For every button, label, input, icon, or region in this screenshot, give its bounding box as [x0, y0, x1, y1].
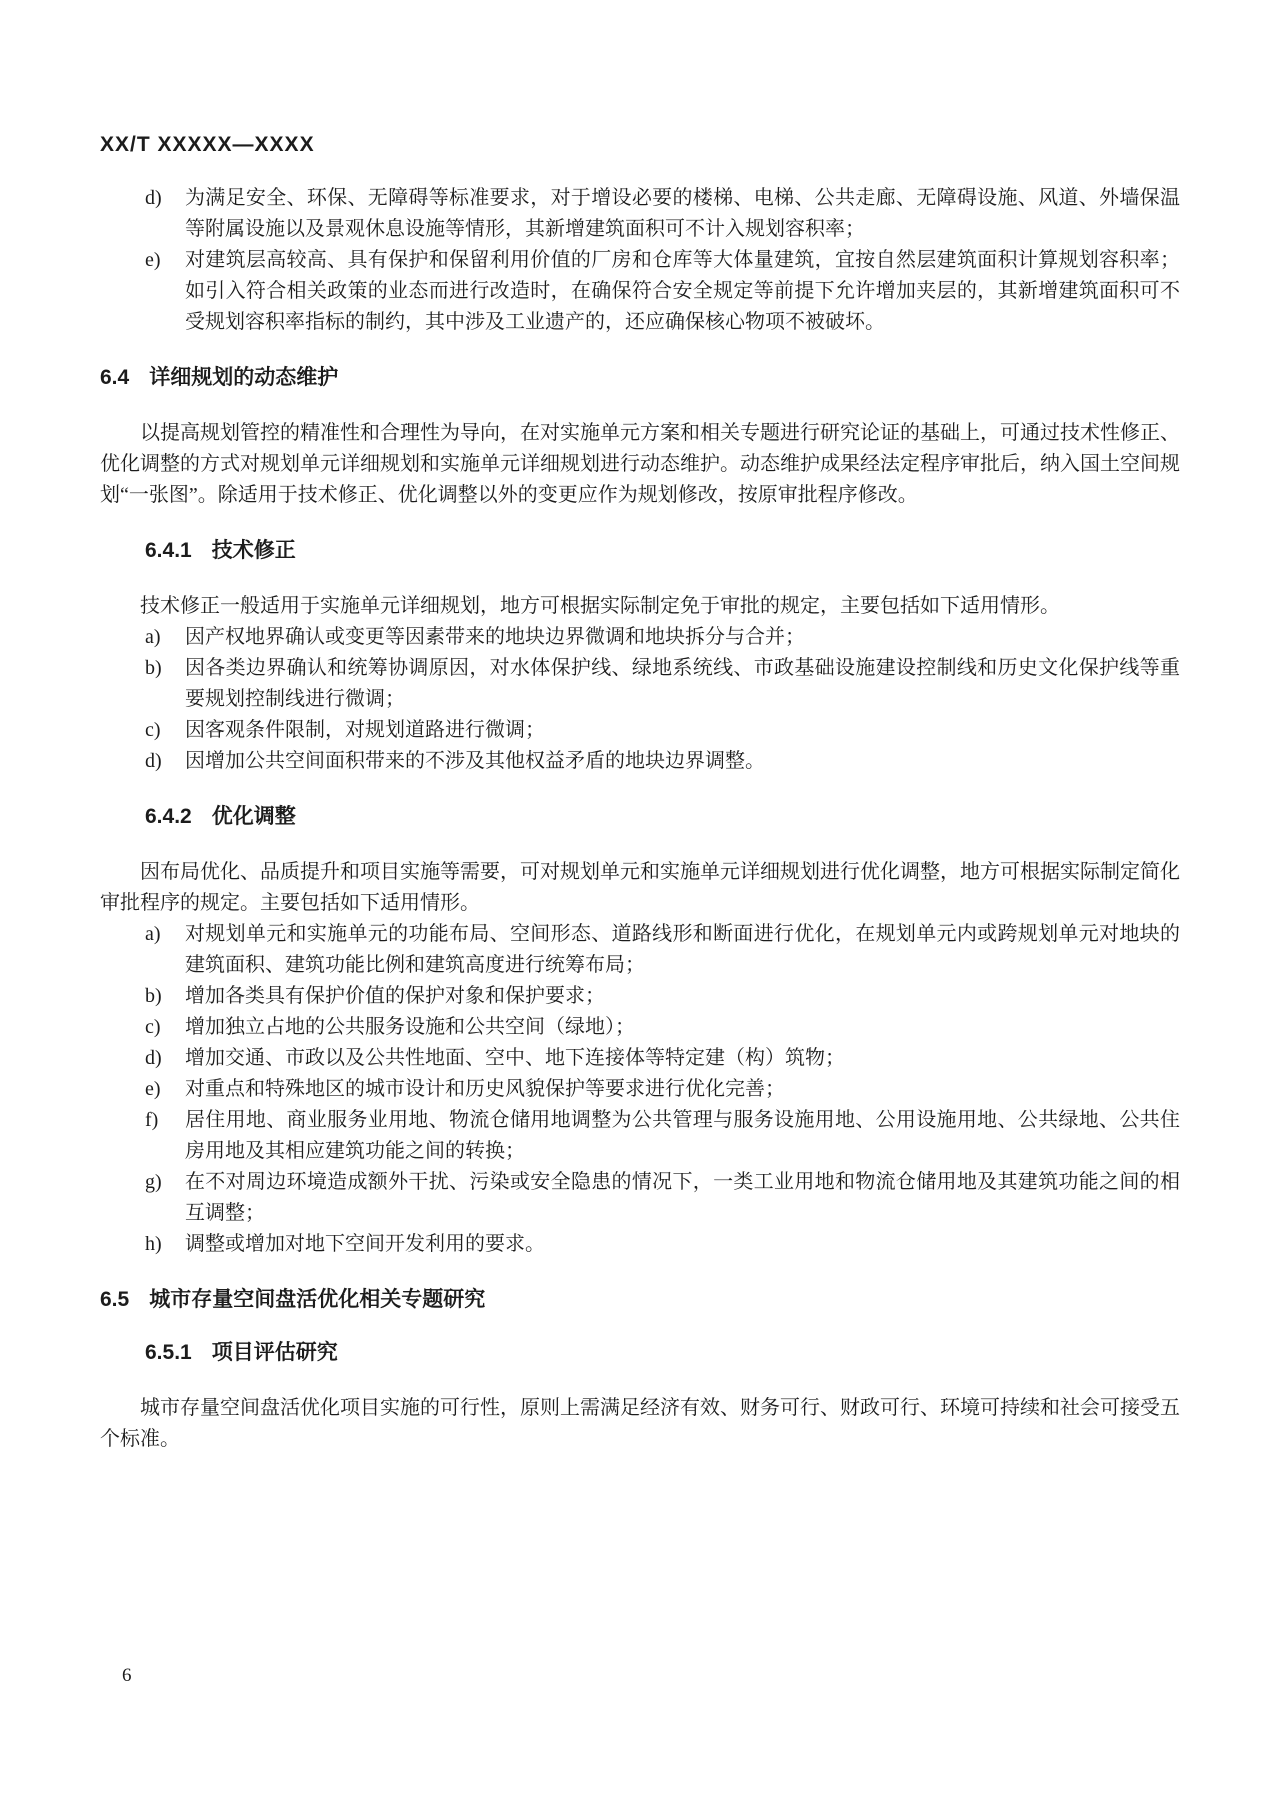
list-item-marker: b) — [145, 981, 185, 1012]
paragraph: 技术修正一般适用于实施单元详细规划，地方可根据实际制定免于审批的规定，主要包括如… — [100, 591, 1180, 622]
section-title: 技术修正 — [212, 538, 296, 564]
list-item-text: 增加交通、市政以及公共性地面、空中、地下连接体等特定建（构）筑物； — [185, 1043, 1180, 1074]
paragraph: 城市存量空间盘活优化项目实施的可行性，原则上需满足经济有效、财务可行、财政可行、… — [100, 1393, 1180, 1455]
list-item: d) 增加交通、市政以及公共性地面、空中、地下连接体等特定建（构）筑物； — [145, 1043, 1180, 1074]
list-item-text: 对建筑层高较高、具有保护和保留利用价值的厂房和仓库等大体量建筑，宜按自然层建筑面… — [185, 245, 1180, 338]
list-item-text: 因客观条件限制，对规划道路进行微调； — [185, 715, 1180, 746]
carryover-list: d) 为满足安全、环保、无障碍等标准要求，对于增设必要的楼梯、电梯、公共走廊、无… — [100, 183, 1180, 338]
list-item-text: 对规划单元和实施单元的功能布局、空间形态、道路线形和断面进行优化，在规划单元内或… — [185, 919, 1180, 981]
list-item-marker: d) — [145, 183, 185, 245]
page-number: 6 — [122, 1660, 132, 1691]
list-item-text: 因增加公共空间面积带来的不涉及其他权益矛盾的地块边界调整。 — [185, 746, 1180, 777]
section-heading-6-5: 6.5 城市存量空间盘活优化相关专题研究 — [100, 1287, 1180, 1313]
list-item-marker: d) — [145, 1043, 185, 1074]
list-item-marker: a) — [145, 919, 185, 981]
section-title: 城市存量空间盘活优化相关专题研究 — [149, 1287, 485, 1313]
standard-number-header: XX/T XXXXX—XXXX — [100, 133, 1180, 157]
list-item: g) 在不对周边环境造成额外干扰、污染或安全隐患的情况下，一类工业用地和物流仓储… — [145, 1167, 1180, 1229]
list-item: d) 因增加公共空间面积带来的不涉及其他权益矛盾的地块边界调整。 — [145, 746, 1180, 777]
list-item-text: 对重点和特殊地区的城市设计和历史风貌保护等要求进行优化完善； — [185, 1074, 1180, 1105]
list-item-marker: e) — [145, 1074, 185, 1105]
list-item-text: 为满足安全、环保、无障碍等标准要求，对于增设必要的楼梯、电梯、公共走廊、无障碍设… — [185, 183, 1180, 245]
section-title: 项目评估研究 — [212, 1340, 338, 1366]
list-item-marker: d) — [145, 746, 185, 777]
list-item-marker: a) — [145, 622, 185, 653]
list-item-text: 在不对周边环境造成额外干扰、污染或安全隐患的情况下，一类工业用地和物流仓储用地及… — [185, 1167, 1180, 1229]
list-item: c) 因客观条件限制，对规划道路进行微调； — [145, 715, 1180, 746]
list-item: h) 调整或增加对地下空间开发利用的要求。 — [145, 1229, 1180, 1260]
list-item-text: 因各类边界确认和统筹协调原因，对水体保护线、绿地系统线、市政基础设施建设控制线和… — [185, 653, 1180, 715]
technical-correction-list: a) 因产权地界确认或变更等因素带来的地块边界微调和地块拆分与合并； b) 因各… — [100, 622, 1180, 777]
list-item: d) 为满足安全、环保、无障碍等标准要求，对于增设必要的楼梯、电梯、公共走廊、无… — [145, 183, 1180, 245]
list-item: e) 对重点和特殊地区的城市设计和历史风貌保护等要求进行优化完善； — [145, 1074, 1180, 1105]
section-number: 6.4.2 — [145, 804, 192, 830]
list-item-marker: c) — [145, 1012, 185, 1043]
list-item-marker: g) — [145, 1167, 185, 1229]
list-item-marker: f) — [145, 1105, 185, 1167]
list-item: f) 居住用地、商业服务业用地、物流仓储用地调整为公共管理与服务设施用地、公用设… — [145, 1105, 1180, 1167]
list-item-marker: c) — [145, 715, 185, 746]
list-item: a) 因产权地界确认或变更等因素带来的地块边界微调和地块拆分与合并； — [145, 622, 1180, 653]
list-item-marker: e) — [145, 245, 185, 338]
list-item: e) 对建筑层高较高、具有保护和保留利用价值的厂房和仓库等大体量建筑，宜按自然层… — [145, 245, 1180, 338]
list-item-text: 增加独立占地的公共服务设施和公共空间（绿地）； — [185, 1012, 1180, 1043]
section-title: 详细规划的动态维护 — [149, 365, 338, 391]
section-number: 6.5.1 — [145, 1340, 192, 1366]
paragraph: 以提高规划管控的精准性和合理性为导向，在对实施单元方案和相关专题进行研究论证的基… — [100, 418, 1180, 511]
list-item-marker: h) — [145, 1229, 185, 1260]
list-item-text: 居住用地、商业服务业用地、物流仓储用地调整为公共管理与服务设施用地、公用设施用地… — [185, 1105, 1180, 1167]
optimization-adjustment-list: a) 对规划单元和实施单元的功能布局、空间形态、道路线形和断面进行优化，在规划单… — [100, 919, 1180, 1260]
list-item: b) 增加各类具有保护价值的保护对象和保护要求； — [145, 981, 1180, 1012]
section-heading-6-4: 6.4 详细规划的动态维护 — [100, 365, 1180, 391]
document-page: XX/T XXXXX—XXXX d) 为满足安全、环保、无障碍等标准要求，对于增… — [0, 0, 1280, 1809]
paragraph: 因布局优化、品质提升和项目实施等需要，可对规划单元和实施单元详细规划进行优化调整… — [100, 857, 1180, 919]
section-number: 6.5 — [100, 1287, 129, 1313]
page-content: XX/T XXXXX—XXXX d) 为满足安全、环保、无障碍等标准要求，对于增… — [0, 0, 1280, 1455]
list-item: c) 增加独立占地的公共服务设施和公共空间（绿地）； — [145, 1012, 1180, 1043]
list-item-text: 增加各类具有保护价值的保护对象和保护要求； — [185, 981, 1180, 1012]
section-heading-6-5-1: 6.5.1 项目评估研究 — [145, 1340, 1180, 1366]
section-number: 6.4.1 — [145, 538, 192, 564]
list-item-text: 因产权地界确认或变更等因素带来的地块边界微调和地块拆分与合并； — [185, 622, 1180, 653]
list-item: b) 因各类边界确认和统筹协调原因，对水体保护线、绿地系统线、市政基础设施建设控… — [145, 653, 1180, 715]
section-heading-6-4-1: 6.4.1 技术修正 — [145, 538, 1180, 564]
section-number: 6.4 — [100, 365, 129, 391]
list-item-marker: b) — [145, 653, 185, 715]
list-item-text: 调整或增加对地下空间开发利用的要求。 — [185, 1229, 1180, 1260]
section-heading-6-4-2: 6.4.2 优化调整 — [145, 804, 1180, 830]
list-item: a) 对规划单元和实施单元的功能布局、空间形态、道路线形和断面进行优化，在规划单… — [145, 919, 1180, 981]
section-title: 优化调整 — [212, 804, 296, 830]
